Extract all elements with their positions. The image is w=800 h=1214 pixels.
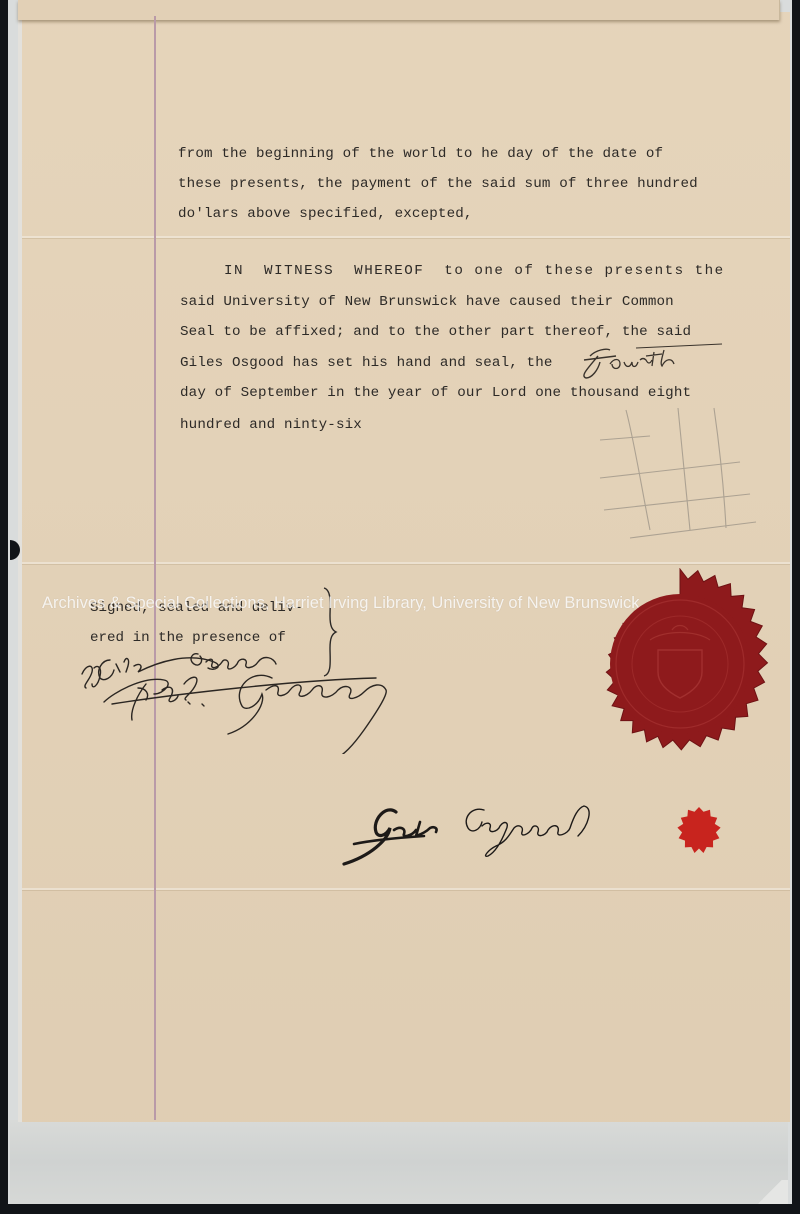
- handwritten-day-fourth: [576, 342, 726, 382]
- corner-curl: [752, 1180, 788, 1204]
- tissue-overlay: [10, 1120, 788, 1204]
- typed-line: Seal to be affixed; and to the other par…: [180, 324, 691, 340]
- fold-line: [22, 236, 790, 238]
- witness-signature: [76, 644, 446, 754]
- typed-line: from the beginning of the world to he da…: [178, 146, 663, 162]
- pencil-marks: [590, 400, 760, 540]
- fold-line: [22, 888, 790, 890]
- personal-wax-seal: [674, 806, 724, 854]
- margin-rule: [154, 16, 156, 1120]
- typed-line: do'lars above specified, excepted,: [178, 206, 473, 222]
- archive-watermark: Archives & Special Collections, Harriet …: [42, 594, 640, 613]
- fold-line: [22, 562, 790, 564]
- witness-clause-line: IN WITNESS WHEREOF to one of these prese…: [224, 263, 725, 279]
- folded-top-flap: [18, 0, 780, 20]
- typed-line: day of September in the year of our Lord…: [180, 385, 691, 401]
- university-wax-seal: [580, 568, 780, 760]
- typed-line: hundred and ninty-six: [180, 417, 362, 433]
- typed-line: said University of New Brunswick have ca…: [180, 294, 674, 310]
- typed-line: Giles Osgood has set his hand and seal, …: [180, 355, 553, 371]
- grantor-signature: [336, 800, 596, 870]
- typed-line: these presents, the payment of the said …: [178, 176, 698, 192]
